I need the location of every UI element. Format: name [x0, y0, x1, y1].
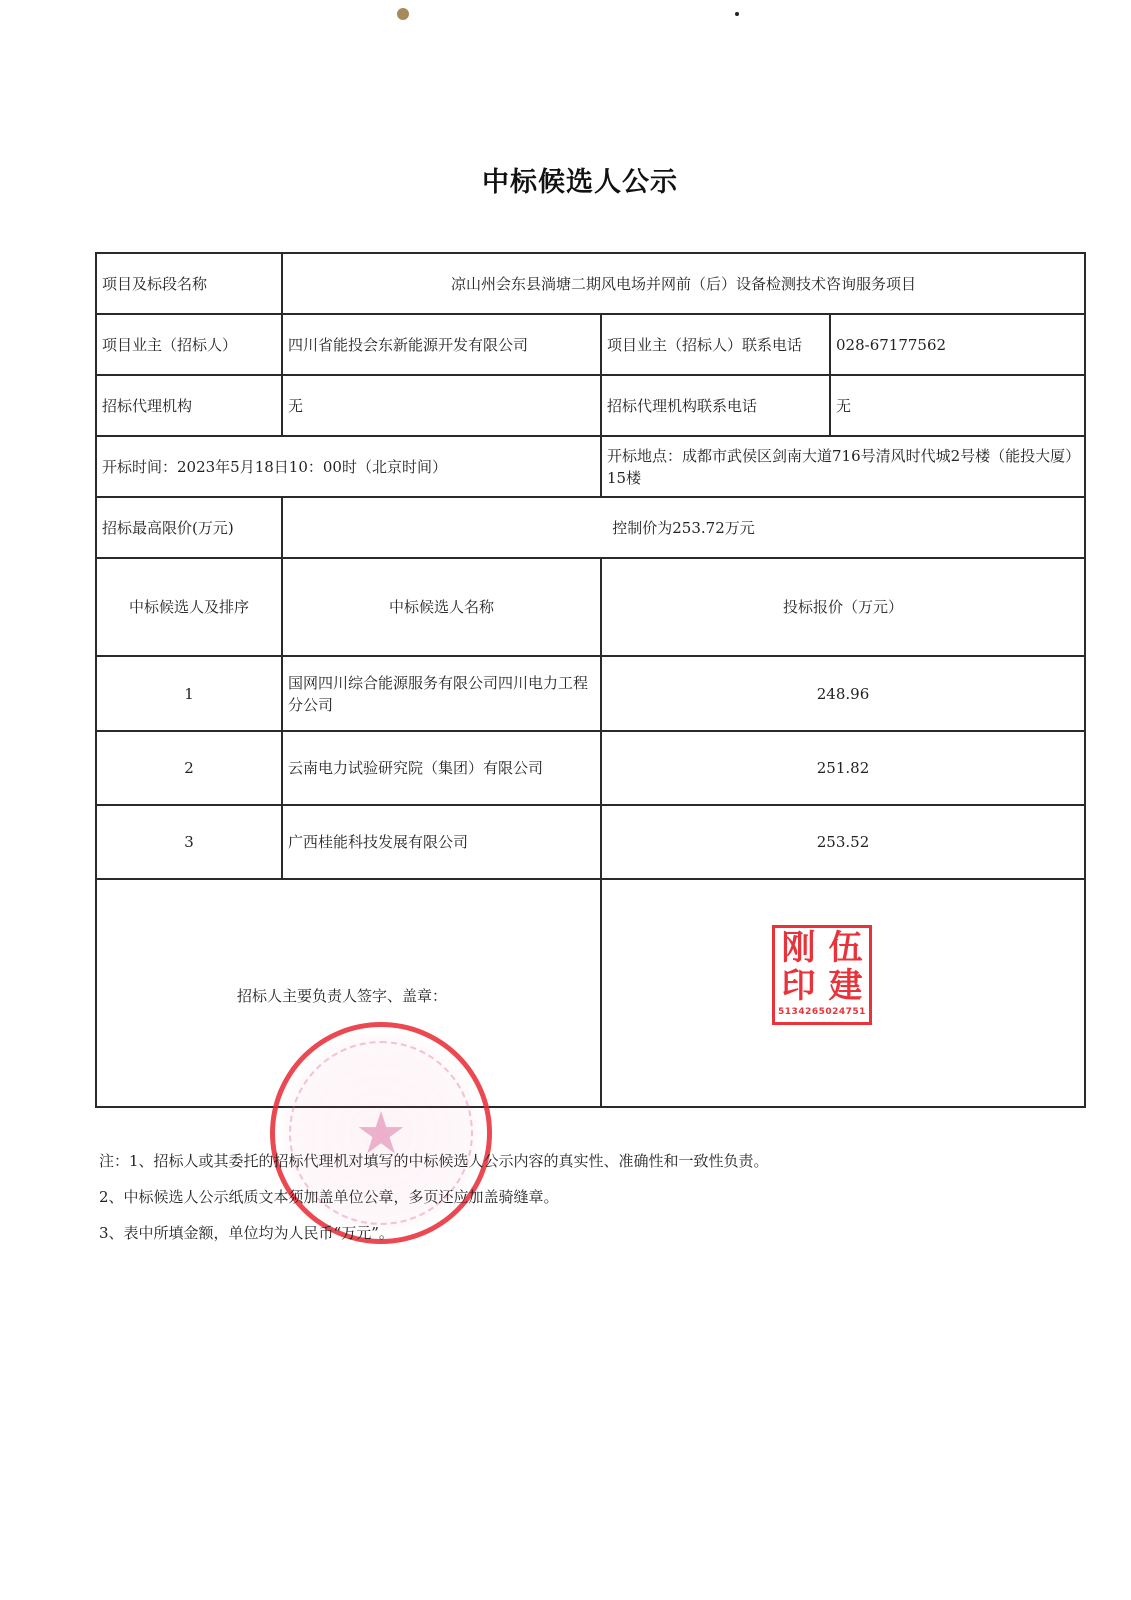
agency-value: 无 — [282, 375, 601, 436]
candidate-price: 253.52 — [601, 805, 1085, 879]
max-price-label: 招标最高限价(万元) — [96, 497, 282, 558]
signature-row: 招标人主要负责人签字、盖章： 刚 伍 印 建 5134265024751 — [96, 879, 1085, 1107]
candidate-name: 国网四川综合能源服务有限公司四川电力工程分公司 — [282, 656, 601, 731]
max-price-value: 控制价为253.72万元 — [282, 497, 1085, 558]
signature-cell: 招标人主要负责人签字、盖章： — [96, 879, 601, 1107]
note-item: 注：1、招标人或其委托的招标代理机对填写的中标候选人公示内容的真实性、准确性和一… — [99, 1150, 769, 1186]
row-opening: 开标时间：2023年5月18日10：00时（北京时间） 开标地点：成都市武侯区剑… — [96, 436, 1085, 497]
note-item: 2、中标候选人公示纸质文本须加盖单位公章，多页还应加盖骑缝章。 — [99, 1186, 769, 1222]
page-title: 中标候选人公示 — [0, 160, 1131, 199]
header-name: 中标候选人名称 — [282, 558, 601, 656]
owner-phone-label: 项目业主（招标人）联系电话 — [601, 314, 830, 375]
row-max-price: 招标最高限价(万元) 控制价为253.72万元 — [96, 497, 1085, 558]
header-price: 投标报价（万元） — [601, 558, 1085, 656]
agency-phone-label: 招标代理机构联系电话 — [601, 375, 830, 436]
candidate-rank: 3 — [96, 805, 282, 879]
owner-label: 项目业主（招标人） — [96, 314, 282, 375]
seal-cell: 刚 伍 印 建 5134265024751 — [601, 879, 1085, 1107]
agency-label: 招标代理机构 — [96, 375, 282, 436]
personal-seal: 刚 伍 印 建 5134265024751 — [772, 925, 872, 1025]
candidate-name: 云南电力试验研究院（集团）有限公司 — [282, 731, 601, 805]
row-project-name: 项目及标段名称 凉山州会东县淌塘二期风电场并网前（后）设备检测技术咨询服务项目 — [96, 253, 1085, 314]
row-owner: 项目业主（招标人） 四川省能投会东新能源开发有限公司 项目业主（招标人）联系电话… — [96, 314, 1085, 375]
table-row: 2 云南电力试验研究院（集团）有限公司 251.82 — [96, 731, 1085, 805]
open-location: 开标地点：成都市武侯区剑南大道716号清风时代城2号楼（能投大厦）15楼 — [601, 436, 1085, 497]
table-row: 1 国网四川综合能源服务有限公司四川电力工程分公司 248.96 — [96, 656, 1085, 731]
seal-char: 印 — [775, 966, 822, 1004]
candidate-name: 广西桂能科技发展有限公司 — [282, 805, 601, 879]
project-name-value: 凉山州会东县淌塘二期风电场并网前（后）设备检测技术咨询服务项目 — [282, 253, 1085, 314]
project-name-label: 项目及标段名称 — [96, 253, 282, 314]
note-item: 3、表中所填金额，单位均为人民币“万元”。 — [99, 1222, 769, 1258]
scan-speck — [397, 8, 409, 20]
header-rank: 中标候选人及排序 — [96, 558, 282, 656]
seal-char: 伍 — [822, 928, 869, 966]
candidate-rank: 1 — [96, 656, 282, 731]
table-row: 3 广西桂能科技发展有限公司 253.52 — [96, 805, 1085, 879]
announcement-table: 项目及标段名称 凉山州会东县淌塘二期风电场并网前（后）设备检测技术咨询服务项目 … — [95, 252, 1086, 1108]
seal-number: 5134265024751 — [775, 1004, 869, 1020]
candidate-price: 248.96 — [601, 656, 1085, 731]
owner-value: 四川省能投会东新能源开发有限公司 — [282, 314, 601, 375]
notes: 注：1、招标人或其委托的招标代理机对填写的中标候选人公示内容的真实性、准确性和一… — [99, 1150, 769, 1258]
scan-speck — [735, 12, 739, 16]
seal-char: 刚 — [775, 928, 822, 966]
signature-label: 招标人主要负责人签字、盖章： — [237, 985, 447, 1007]
row-agency: 招标代理机构 无 招标代理机构联系电话 无 — [96, 375, 1085, 436]
agency-phone-value: 无 — [830, 375, 1085, 436]
candidate-price: 251.82 — [601, 731, 1085, 805]
seal-char: 建 — [822, 966, 869, 1004]
owner-phone-value: 028-67177562 — [830, 314, 1085, 375]
candidates-header-row: 中标候选人及排序 中标候选人名称 投标报价（万元） — [96, 558, 1085, 656]
candidate-rank: 2 — [96, 731, 282, 805]
open-time: 开标时间：2023年5月18日10：00时（北京时间） — [96, 436, 601, 497]
